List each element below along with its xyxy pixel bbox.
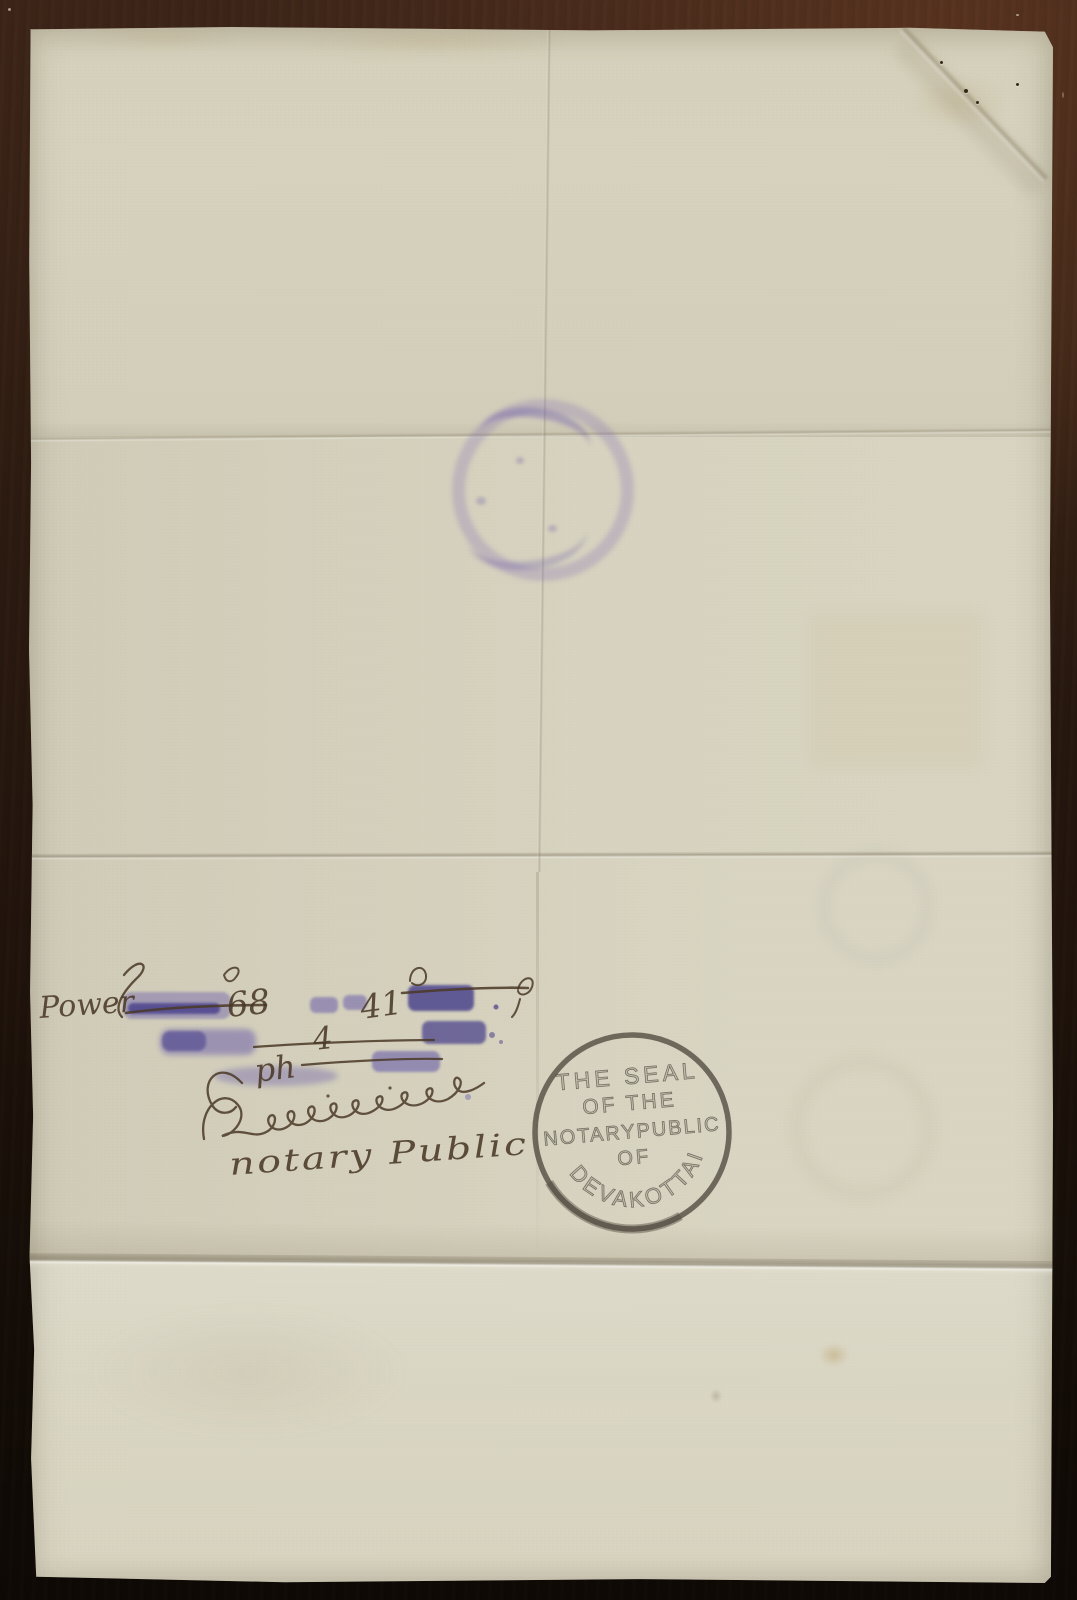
stain-spot: [710, 1389, 722, 1403]
dust-speck: [1062, 92, 1064, 98]
corner-crease: [899, 25, 1049, 183]
handwritten-word-ph: ph: [252, 1047, 297, 1090]
signature-dot: [326, 1094, 329, 1097]
stain-spot: [819, 1343, 849, 1367]
document-paper-back: THE SEAL OF THE NOTARYPUBLIC OF DEVAKOTT…: [28, 27, 1053, 1583]
ink-dot: [494, 1005, 499, 1010]
pen-flourish: [410, 968, 426, 985]
stain-spot: [88, 29, 238, 47]
dust-speck: [8, 8, 11, 11]
stamp-ink-blotch: [476, 497, 486, 505]
corner-crease-shadow: [893, 35, 1050, 198]
pin-hole: [1016, 83, 1019, 86]
handwritten-role-notary-public: notary Public: [228, 1126, 530, 1183]
ink-dot: [499, 1040, 503, 1044]
paper-shading-top: [28, 27, 1053, 437]
pin-hole: [964, 89, 968, 93]
ink-smudge: [310, 997, 338, 1013]
signature-dot: [388, 1086, 391, 1089]
handwritten-word-power: Power: [37, 984, 137, 1026]
pen-flourish: [224, 968, 239, 982]
handwritten-number-4: 4: [310, 1020, 334, 1058]
faint-purple-round-stamp: [452, 399, 634, 581]
ink-dot: [489, 1032, 495, 1038]
stamp-ink-blotch: [548, 525, 557, 532]
photo-of-document-on-wood-table: THE SEAL OF THE NOTARYPUBLIC OF DEVAKOTT…: [0, 0, 1077, 1600]
stain-spot: [298, 29, 568, 55]
pen-line: [254, 1040, 434, 1047]
fold-line-lower: [28, 1253, 1053, 1276]
pin-hole: [976, 101, 979, 104]
ink-smudge: [372, 1051, 440, 1072]
dust-speck: [1016, 14, 1019, 16]
pen-flourish: [512, 978, 533, 1017]
ink-dot: [465, 1094, 471, 1100]
paper-wrinkle-shadow: [88, 1307, 408, 1437]
ink-smudge: [162, 1031, 206, 1051]
show-through-rectangle: [810, 612, 982, 767]
stamp-ink-blotch: [516, 457, 524, 464]
handwritten-number-68: 68: [225, 982, 272, 1026]
handwritten-number-41: 41: [357, 982, 405, 1027]
handwriting-layer: Power 68 41 4 ph notary Public: [28, 947, 1050, 1247]
pin-hole: [940, 61, 943, 64]
